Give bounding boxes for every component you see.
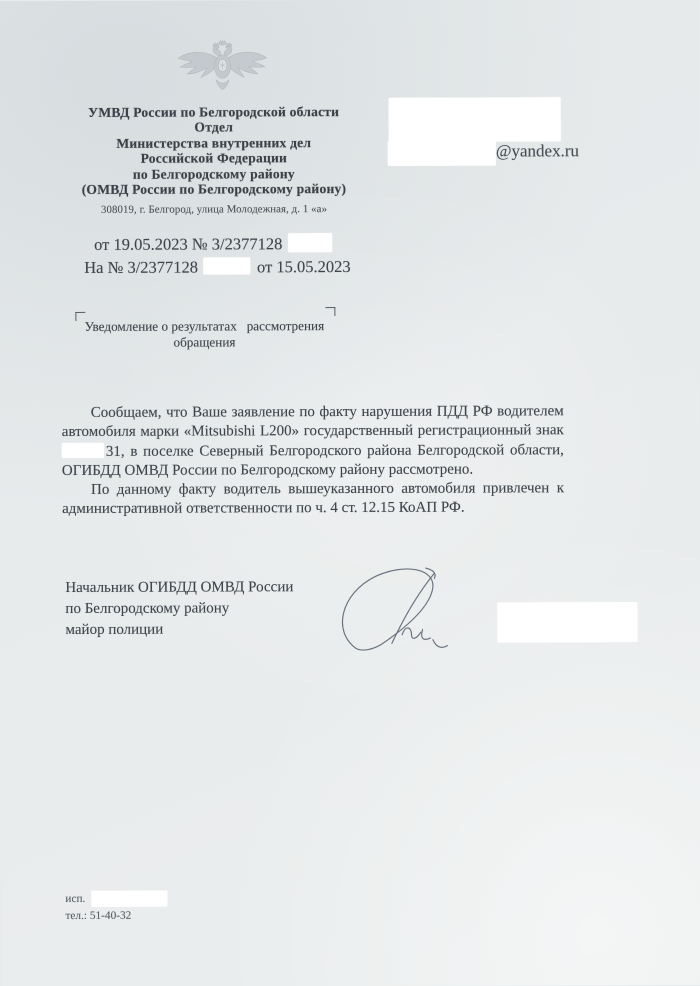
redaction-box-plate-number (62, 442, 104, 457)
signatory-title-line: Начальник ОГИБДД ОМВД России (65, 577, 293, 599)
org-name-line: по Белгородскому району (34, 165, 394, 182)
reference-block: от 19.05.2023 № 3/2377128 На № 3/2377128… (84, 233, 351, 279)
letterhead: УМВД России по Белгородской области Отде… (34, 104, 394, 217)
redaction-box-recipient (389, 97, 561, 142)
redaction-box-outgoing (288, 233, 332, 252)
org-name-line: УМВД России по Белгородской области (34, 104, 394, 121)
corner-mark-right (325, 307, 335, 316)
mvd-double-headed-eagle-icon (175, 36, 269, 98)
body-text: Сообщаем, что Ваше заявление по факту на… (62, 402, 564, 520)
org-name-line: Министерства внутренних дел (34, 135, 394, 152)
body-line: автомобиля марки «Mitsubishi L200» госуд… (62, 422, 564, 443)
incoming-reference: На № 3/2377128от 15.05.2023 (84, 255, 351, 278)
handwritten-signature-icon (330, 558, 475, 671)
executor-label: исп. (65, 893, 85, 905)
executor-row: исп. (65, 891, 167, 907)
subject-line: обращения (71, 334, 337, 351)
org-name-line: (ОМВД России по Белгородскому району) (34, 181, 394, 198)
executor-phone: тел.: 51-40-32 (65, 910, 131, 922)
subject-heading: Уведомление о результатах рассмотрения о… (71, 318, 337, 351)
redaction-box-recipient-email (388, 140, 496, 165)
scanned-letter-page: УМВД России по Белгородской области Отде… (0, 0, 700, 986)
body-line: По данному факту водитель вышеуказанного… (62, 479, 564, 500)
redaction-box-signatory-name (497, 602, 637, 642)
signatory-block: Начальник ОГИБДД ОМВД России по Белгород… (65, 577, 293, 641)
body-line: Сообщаем, что Ваше заявление по факту на… (62, 402, 564, 423)
body-line: административной ответственности по ч. 4… (62, 499, 564, 520)
org-name-line: Российской Федерации (34, 150, 394, 167)
redaction-box-executor (91, 891, 167, 907)
outgoing-reference: от 19.05.2023 № 3/2377128 (84, 233, 351, 256)
signatory-title-line: по Белгородскому району (65, 598, 293, 620)
org-name-line: Отдел (34, 119, 394, 136)
signatory-title-line: майор полиции (65, 619, 293, 641)
org-address: 308019, г. Белгород, улица Молодежная, д… (34, 203, 394, 216)
body-line: ОГИБДД ОМВД России по Белгородскому райо… (62, 460, 564, 481)
subject-line: Уведомление о результатах рассмотрения (71, 318, 337, 335)
body-line: 31, в поселке Северный Белгородского рай… (62, 441, 564, 462)
recipient-email-suffix: @yandex.ru (496, 141, 579, 161)
redaction-box-incoming (203, 257, 250, 274)
